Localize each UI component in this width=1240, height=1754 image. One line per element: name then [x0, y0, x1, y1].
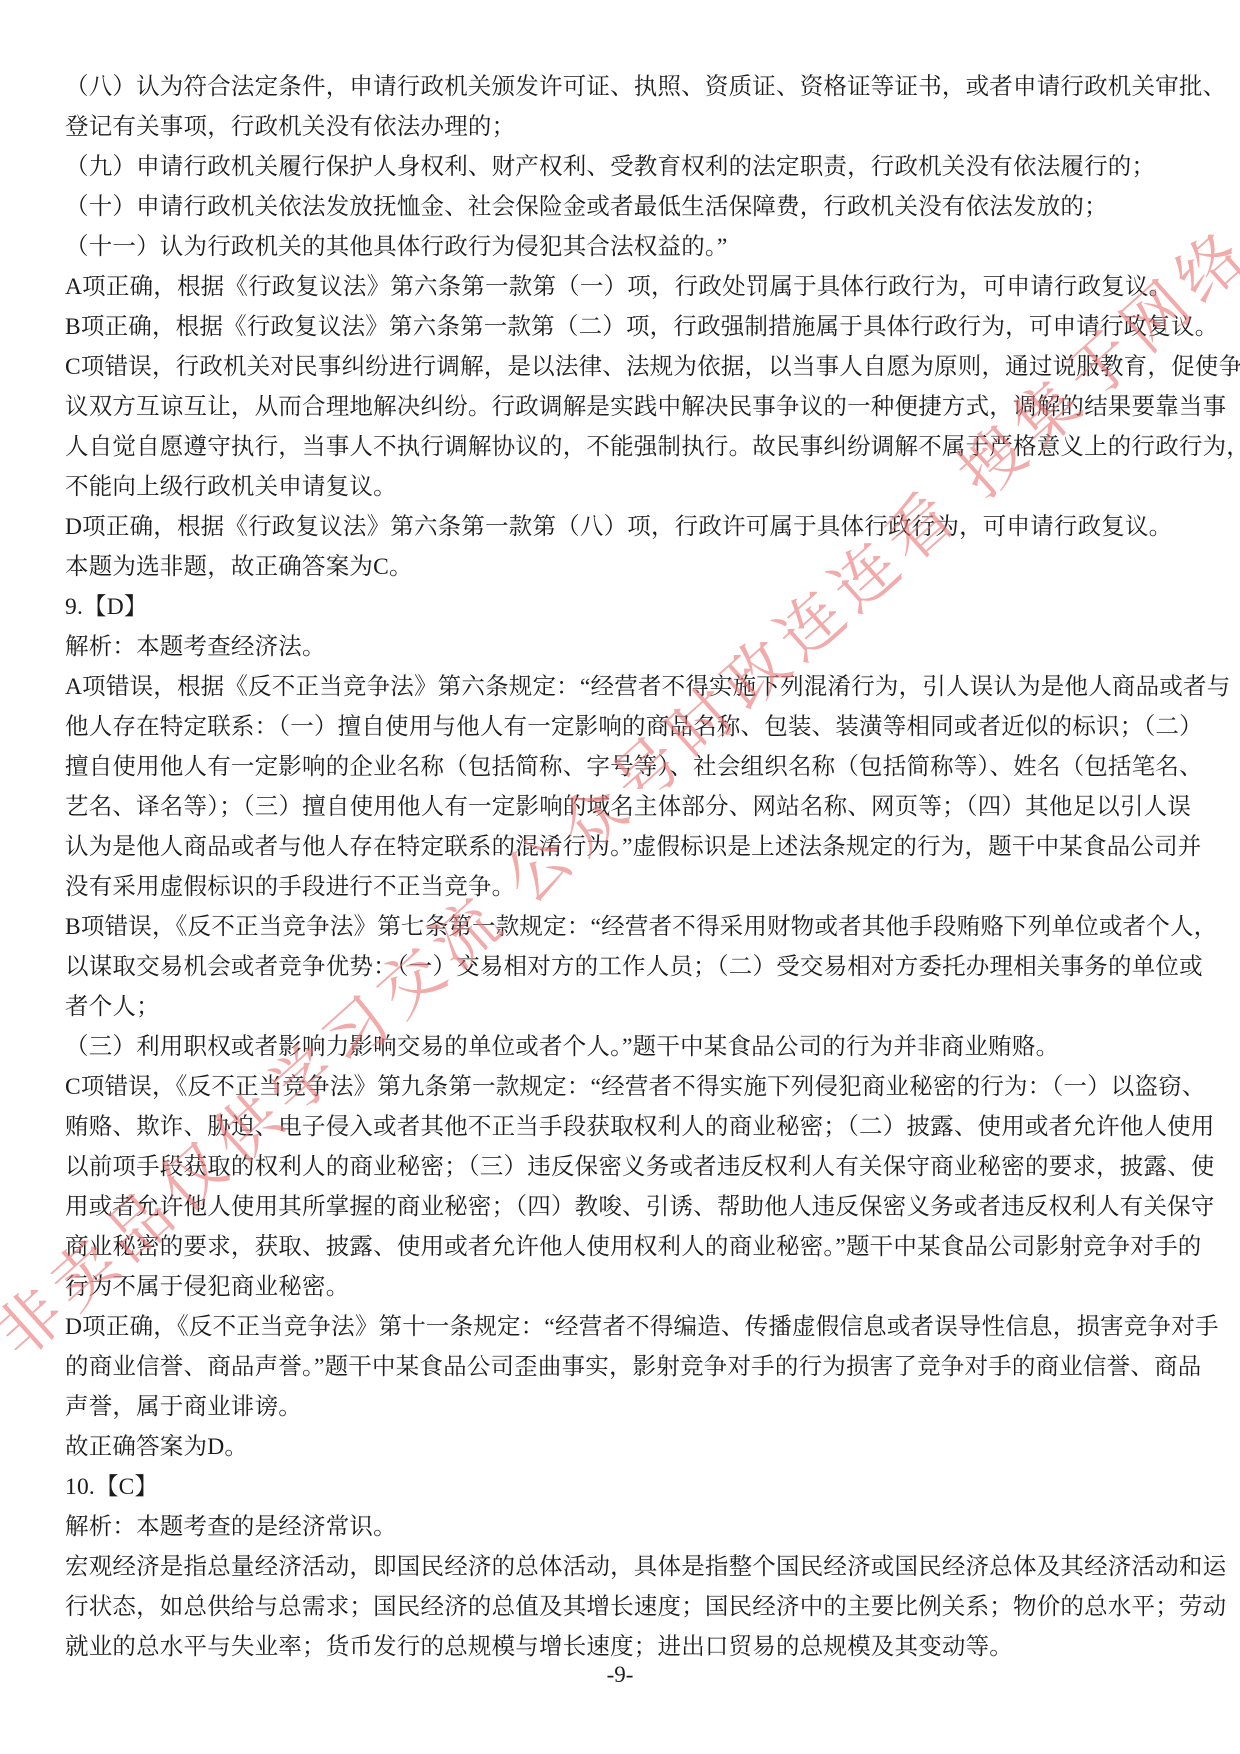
- text-line: D项正确，《反不正当竞争法》第十一条规定：“经营者不得编造、传播虚假信息或者误导…: [65, 1307, 1185, 1347]
- text-line: 商业秘密的要求，获取、披露、使用或者允许他人使用权利人的商业秘密。”题干中某食品…: [65, 1227, 1185, 1267]
- text-line: 声誉，属于商业诽谤。: [65, 1387, 1185, 1427]
- text-line: 以前项手段获取的权利人的商业秘密；（三）违反保密义务或者违反权利人有关保守商业秘…: [65, 1147, 1185, 1187]
- text-line: 10.【C】: [65, 1467, 1185, 1507]
- text-line: （三）利用职权或者影响力影响交易的单位或者个人。”题干中某食品公司的行为并非商业…: [65, 1027, 1185, 1067]
- text-line: 就业的总水平与失业率；货币发行的总规模与增长速度；进出口贸易的总规模及其变动等。: [65, 1627, 1185, 1667]
- text-line: 人自觉自愿遵守执行，当事人不执行调解协议的，不能强制执行。故民事纠纷调解不属于严…: [65, 427, 1185, 467]
- text-line: 登记有关事项，行政机关没有依法办理的；: [65, 107, 1185, 147]
- text-line: A项正确，根据《行政复议法》第六条第一款第（一）项，行政处罚属于具体行政行为，可…: [65, 267, 1185, 307]
- text-line: （十）申请行政机关依法发放抚恤金、社会保险金或者最低生活保障费，行政机关没有依法…: [65, 187, 1185, 227]
- text-line: （九）申请行政机关履行保护人身权利、财产权利、受教育权利的法定职责，行政机关没有…: [65, 147, 1185, 187]
- text-line: 的商业信誉、商品声誉。”题干中某食品公司歪曲事实，影射竞争对手的行为损害了竞争对…: [65, 1347, 1185, 1387]
- text-line: B项错误，《反不正当竞争法》第七条第一款规定：“经营者不得采用财物或者其他手段贿…: [65, 907, 1185, 947]
- text-line: 本题为选非题，故正确答案为C。: [65, 547, 1185, 587]
- text-line: B项正确，根据《行政复议法》第六条第一款第（二）项，行政强制措施属于具体行政行为…: [65, 307, 1185, 347]
- text-line: 行为不属于侵犯商业秘密。: [65, 1267, 1185, 1307]
- text-line: 解析：本题考查经济法。: [65, 627, 1185, 667]
- text-line: 9.【D】: [65, 587, 1185, 627]
- text-line: C项错误，《反不正当竞争法》第九条第一款规定：“经营者不得实施下列侵犯商业秘密的…: [65, 1067, 1185, 1107]
- text-line: 用或者允许他人使用其所掌握的商业秘密；（四）教唆、引诱、帮助他人违反保密义务或者…: [65, 1187, 1185, 1227]
- text-line: D项正确，根据《行政复议法》第六条第一款第（八）项，行政许可属于具体行政行为，可…: [65, 507, 1185, 547]
- text-line: 行状态，如总供给与总需求；国民经济的总值及其增长速度；国民经济中的主要比例关系；…: [65, 1587, 1185, 1627]
- page-number: -9-: [0, 1662, 1240, 1688]
- text-line: A项错误，根据《反不正当竞争法》第六条规定：“经营者不得实施下列混淆行为，引人误…: [65, 667, 1185, 707]
- text-line: 没有采用虚假标识的手段进行不正当竞争。: [65, 867, 1185, 907]
- text-line: 认为是他人商品或者与他人存在特定联系的混淆行为。”虚假标识是上述法条规定的行为，…: [65, 827, 1185, 867]
- answer-explanation-text: （八）认为符合法定条件，申请行政机关颁发许可证、执照、资质证、资格证等证书，或者…: [65, 67, 1185, 1667]
- text-line: （八）认为符合法定条件，申请行政机关颁发许可证、执照、资质证、资格证等证书，或者…: [65, 67, 1185, 107]
- text-line: 贿赂、欺诈、胁迫、电子侵入或者其他不正当手段获取权利人的商业秘密；（二）披露、使…: [65, 1107, 1185, 1147]
- text-line: 以谋取交易机会或者竞争优势：（一）交易相对方的工作人员；（二）受交易相对方委托办…: [65, 947, 1185, 987]
- text-line: C项错误，行政机关对民事纠纷进行调解，是以法律、法规为依据，以当事人自愿为原则，…: [65, 347, 1185, 387]
- text-line: 擅自使用他人有一定影响的企业名称（包括简称、字号等）、社会组织名称（包括简称等）…: [65, 747, 1185, 787]
- text-line: 他人存在特定联系：（一）擅自使用与他人有一定影响的商品名称、包装、装潢等相同或者…: [65, 707, 1185, 747]
- text-line: 故正确答案为D。: [65, 1427, 1185, 1467]
- text-line: 不能向上级行政机关申请复议。: [65, 467, 1185, 507]
- text-line: 者个人；: [65, 987, 1185, 1027]
- text-line: 解析：本题考查的是经济常识。: [65, 1507, 1185, 1547]
- document-page: 非卖品仅供学习交流 公众号时政连连看 搜集于网络 （八）认为符合法定条件，申请行…: [0, 0, 1240, 1754]
- text-line: （十一）认为行政机关的其他具体行政行为侵犯其合法权益的。”: [65, 227, 1185, 267]
- text-line: 艺名、译名等）；（三）擅自使用他人有一定影响的域名主体部分、网站名称、网页等；（…: [65, 787, 1185, 827]
- text-line: 宏观经济是指总量经济活动，即国民经济的总体活动，具体是指整个国民经济或国民经济总…: [65, 1547, 1185, 1587]
- text-line: 议双方互谅互让，从而合理地解决纠纷。行政调解是实践中解决民事争议的一种便捷方式，…: [65, 387, 1185, 427]
